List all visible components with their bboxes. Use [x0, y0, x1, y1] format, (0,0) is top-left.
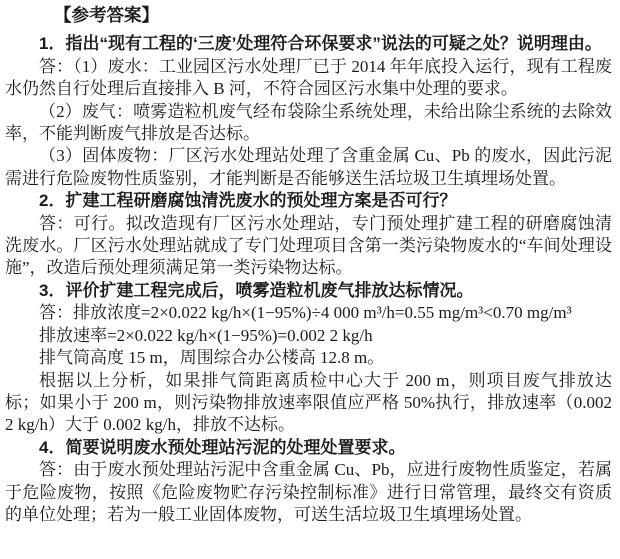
- qa-section-1: 1．指出“现有工程的‘三废’处理符合环保要求”说法的可疑之处？说明理由。 答：（…: [5, 33, 612, 190]
- answer-stack-height: 排气筒高度 15 m，周围综合办公楼高 12.8 m。: [5, 347, 612, 369]
- answer-paragraph: （3）固体废物：厂区污水处理站处理了含重金属 Cu、Pb 的废水，因此污泥需进行…: [5, 145, 612, 190]
- answer-paragraph: 答：（1）废水：工业园区污水处理厂已于 2014 年年底投入运行，现有工程废水仍…: [5, 56, 612, 101]
- qa-section-2: 2．扩建工程研磨腐蚀清洗废水的预处理方案是否可行？ 答：可行。拟改造现有厂区污水…: [5, 190, 612, 280]
- question-2: 2．扩建工程研磨腐蚀清洗废水的预处理方案是否可行？: [5, 190, 612, 212]
- answer-paragraph: 答：可行。拟改造现有厂区污水处理站，专门预处理扩建工程的研磨腐蚀清洗废水。厂区污…: [5, 213, 612, 280]
- document-heading: 【参考答案】: [5, 4, 612, 26]
- qa-section-3: 3．评价扩建工程完成后，喷雾造粒机废气排放达标情况。 答：排放浓度=2×0.02…: [5, 280, 612, 437]
- question-4: 4．简要说明废水预处理站污泥的处理处置要求。: [5, 437, 612, 459]
- answer-formula-concentration: 答：排放浓度=2×0.022 kg/h×(1−95%)÷4 000 m³/h=0…: [5, 302, 612, 324]
- answer-analysis: 根据以上分析，如果排气筒距离质检中心大于 200 m，则项目废气排放达标；如果小…: [5, 370, 612, 437]
- answer-formula-rate: 排放速率=2×0.022 kg/h×(1−95%)=0.002 2 kg/h: [5, 325, 612, 347]
- answer-paragraph: 答：由于废水预处理站污泥中含重金属 Cu、Pb，应进行废物性质鉴定，若属于危险废…: [5, 459, 612, 526]
- question-1: 1．指出“现有工程的‘三废’处理符合环保要求”说法的可疑之处？说明理由。: [5, 33, 612, 55]
- answer-document: 【参考答案】 1．指出“现有工程的‘三废’处理符合环保要求”说法的可疑之处？说明…: [0, 0, 620, 526]
- question-3: 3．评价扩建工程完成后，喷雾造粒机废气排放达标情况。: [5, 280, 612, 302]
- qa-section-4: 4．简要说明废水预处理站污泥的处理处置要求。 答：由于废水预处理站污泥中含重金属…: [5, 437, 612, 527]
- answer-paragraph: （2）废气：喷雾造粒机废气经布袋除尘系统处理，未给出除尘系统的去除效率，不能判断…: [5, 101, 612, 146]
